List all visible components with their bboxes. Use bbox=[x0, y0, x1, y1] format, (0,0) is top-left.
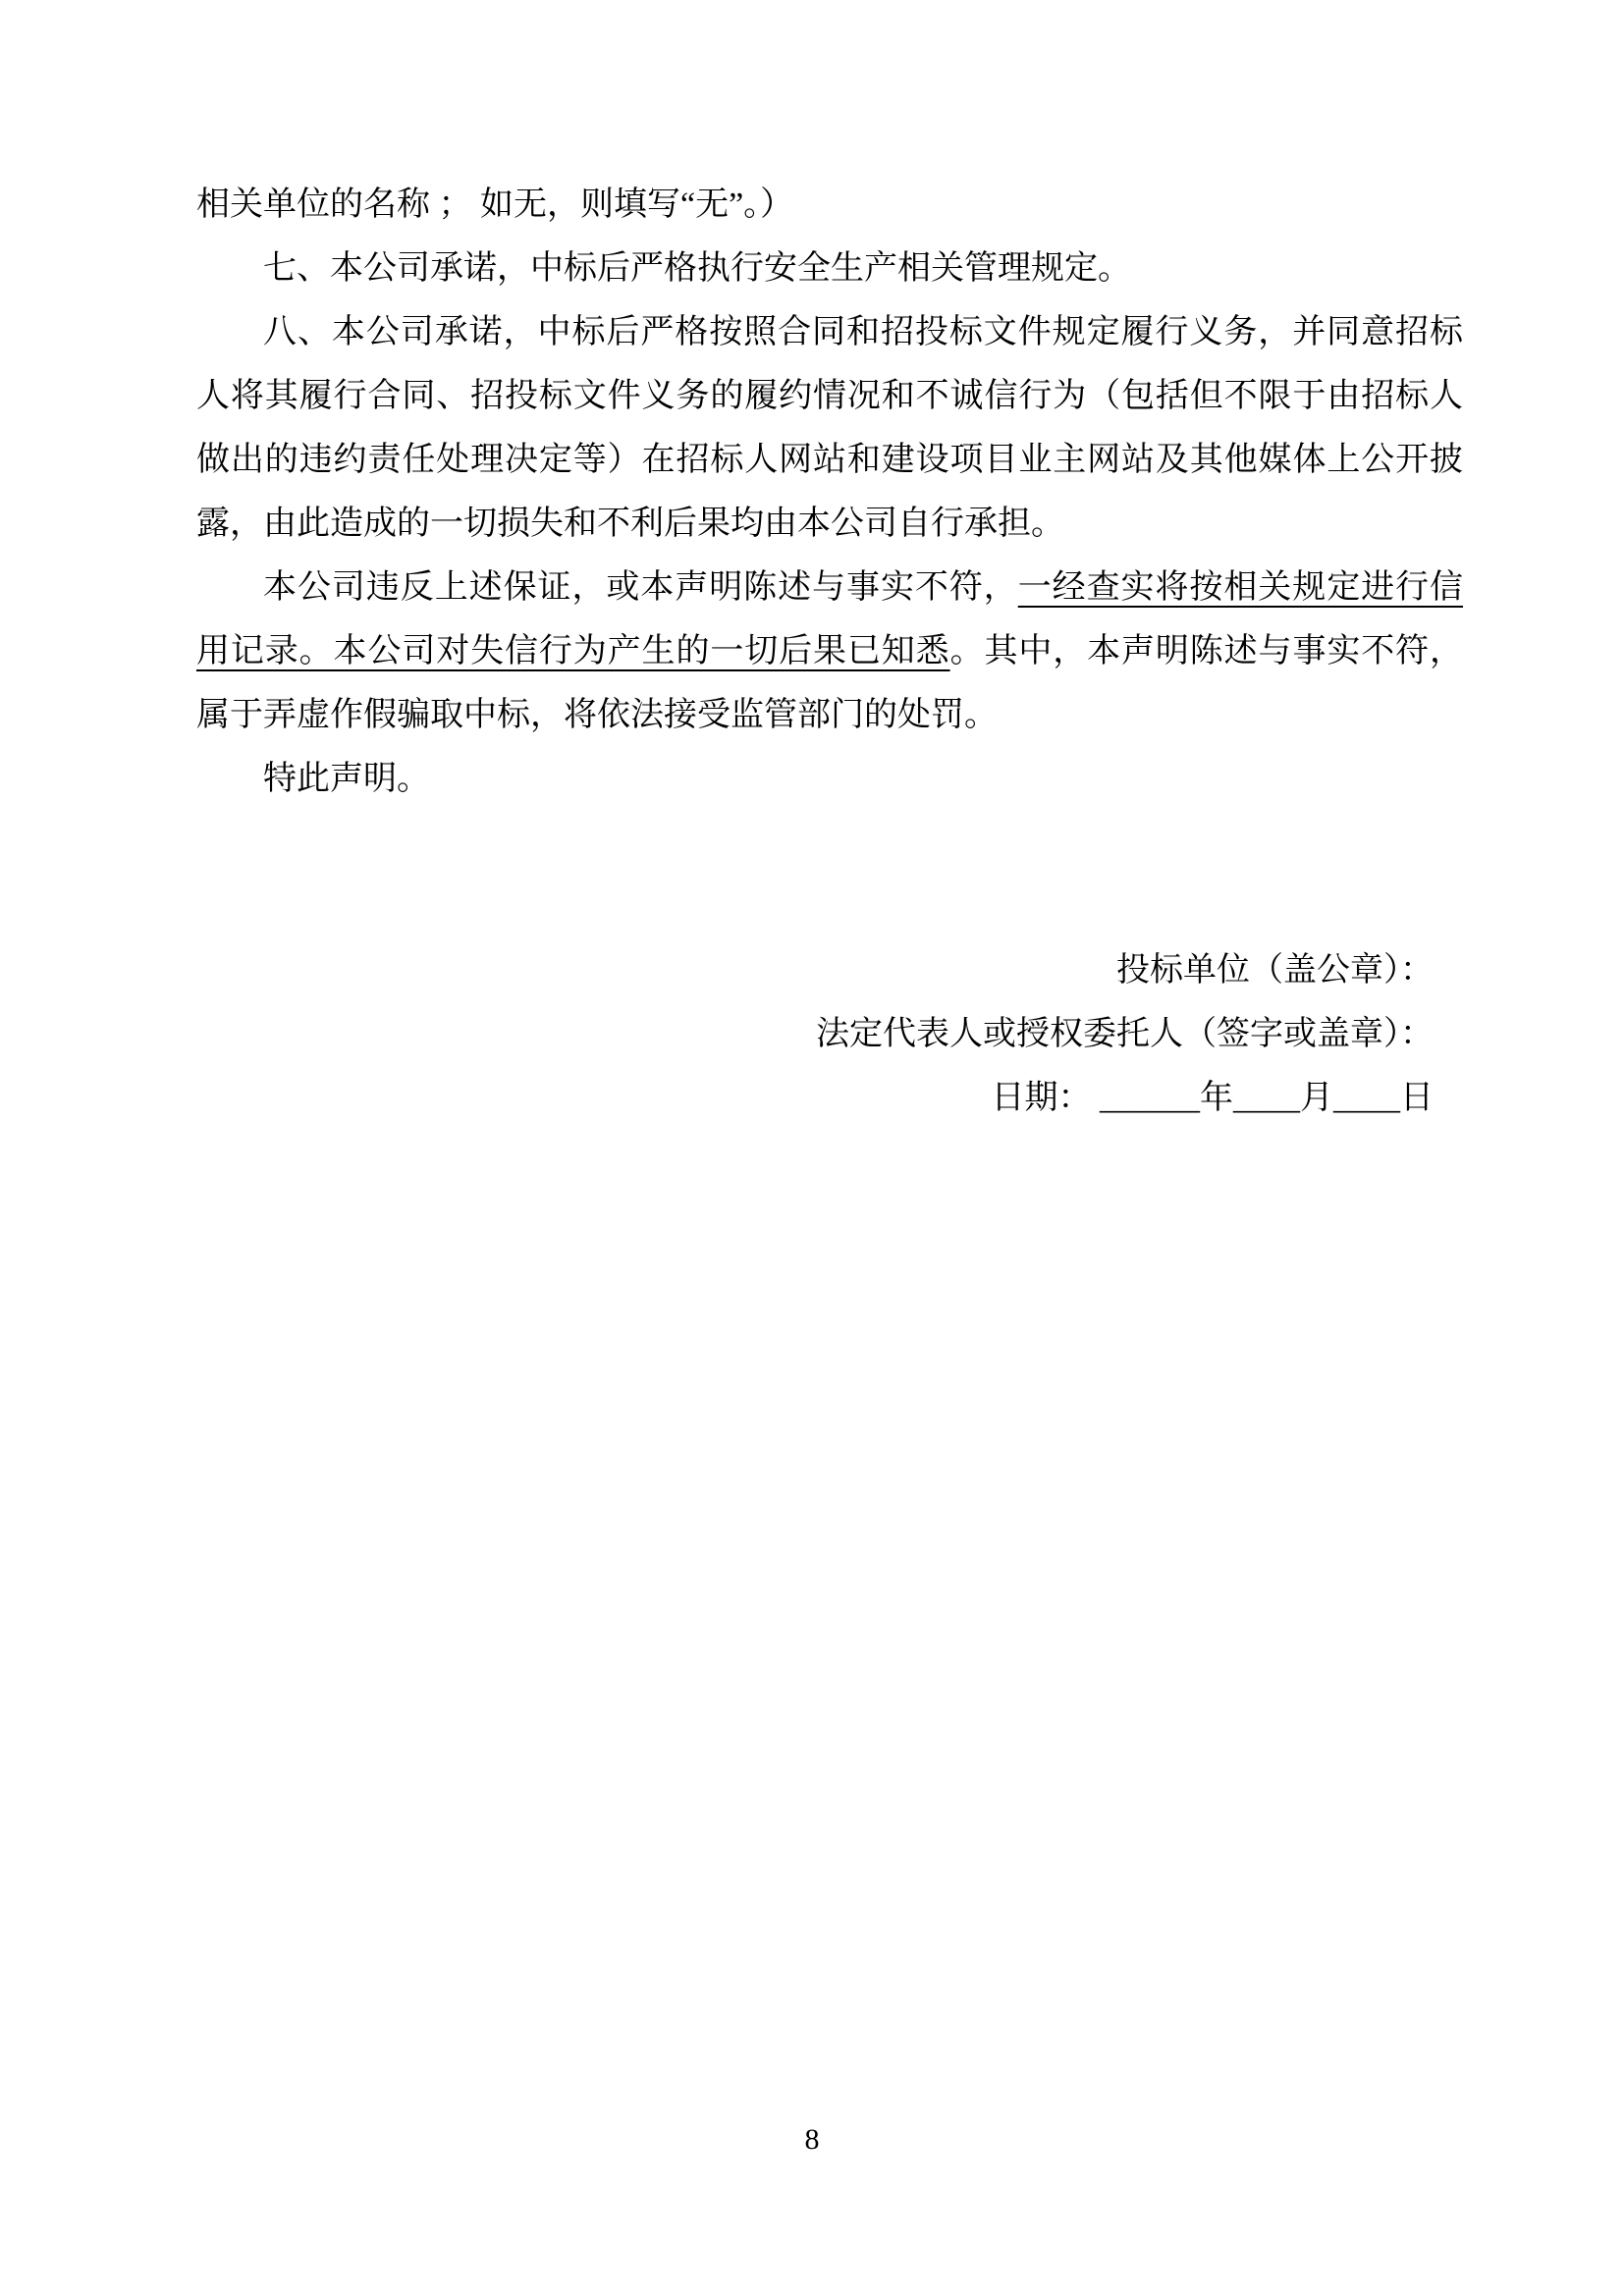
signature-date-line: 日期： ______年____月____日 bbox=[196, 1066, 1434, 1130]
signature-representative-line: 法定代表人或授权委托人（签字或盖章）： bbox=[196, 1002, 1434, 1066]
paragraph-declaration-closing: 特此声明。 bbox=[196, 747, 1463, 811]
signature-bidder-seal-line: 投标单位（盖公章）： bbox=[196, 938, 1434, 1002]
document-body: 相关单位的名称 ； 如无，则填写“无”。） 七、本公司承诺，中标后严格执行安全生… bbox=[196, 173, 1463, 1130]
signature-block: 投标单位（盖公章）： 法定代表人或授权委托人（签字或盖章）： 日期： _____… bbox=[196, 938, 1463, 1130]
paragraph-credit-warning: 本公司违反上述保证，或本声明陈述与事实不符，一经查实将按相关规定进行信用记录。本… bbox=[196, 556, 1463, 747]
document-page: 相关单位的名称 ； 如无，则填写“无”。） 七、本公司承诺，中标后严格执行安全生… bbox=[0, 0, 1624, 2296]
paragraph-continuation: 相关单位的名称 ； 如无，则填写“无”。） bbox=[196, 173, 1463, 237]
page-number: 8 bbox=[0, 2120, 1624, 2160]
paragraph-item-eight: 八、本公司承诺，中标后严格按照合同和招投标文件规定履行义务，并同意招标人将其履行… bbox=[196, 300, 1463, 556]
credit-warning-pre-text: 本公司违反上述保证，或本声明陈述与事实不符， bbox=[263, 569, 1018, 606]
paragraph-item-seven: 七、本公司承诺，中标后严格执行安全生产相关管理规定。 bbox=[196, 237, 1463, 300]
